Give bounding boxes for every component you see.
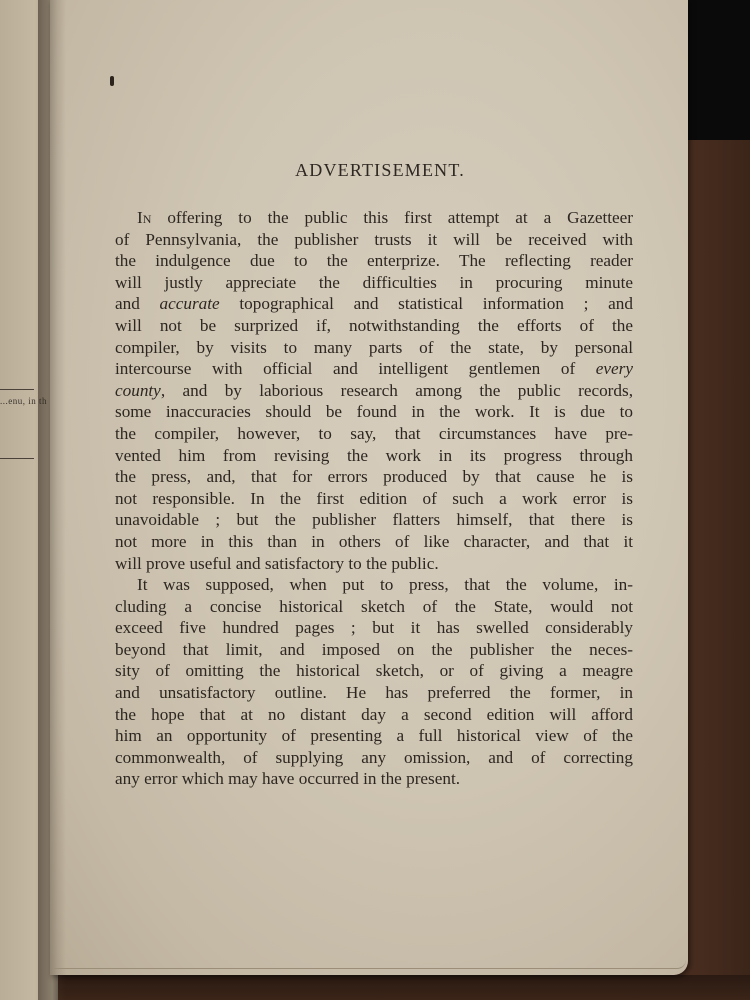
text-line: him an opportunity of presenting a full … (93, 725, 633, 747)
lead-word: In (137, 208, 151, 227)
ink-speck (110, 76, 114, 86)
text-line: will justly appreciate the difficulties … (93, 272, 633, 294)
text-line: It was supposed, when put to press, that… (93, 574, 633, 596)
text-line: will prove useful and satisfactory to th… (93, 553, 633, 575)
text-line: sity of omitting the historical sketch, … (93, 660, 633, 682)
text-line: In offering to the public this first att… (93, 207, 633, 229)
advertisement-body: In offering to the public this first att… (93, 207, 633, 790)
text-line: not more in this than in others of like … (93, 531, 633, 553)
facing-page-rule (0, 458, 34, 459)
text-line: will not be surprized if, notwithstandin… (93, 315, 633, 337)
italic-emphasis: county (115, 381, 161, 400)
text-line: the hope that at no distant day a second… (93, 704, 633, 726)
italic-emphasis: every (596, 359, 633, 378)
text-line: unavoidable ; but the publisher flatters… (93, 509, 633, 531)
text-line: commonwealth, of supplying any omission,… (93, 747, 633, 769)
page-heading: ADVERTISEMENT. (0, 160, 750, 181)
text-line: beyond that limit, and imposed on the pu… (93, 639, 633, 661)
wooden-shelf-base (0, 975, 750, 1000)
paragraph-2: It was supposed, when put to press, that… (93, 574, 633, 790)
text-line: exceed five hundred pages ; but it has s… (93, 617, 633, 639)
text-line: vented him from revising the work in its… (93, 445, 633, 467)
text-line: cluding a concise historical sketch of t… (93, 596, 633, 618)
text-line: county, and by laborious research among … (93, 380, 633, 402)
paragraph-1: In offering to the public this first att… (93, 207, 633, 574)
text-line: intercourse with official and intelligen… (93, 358, 633, 380)
italic-emphasis: accurate (160, 294, 220, 313)
text-line: and unsatisfactory outline. He has prefe… (93, 682, 633, 704)
text-line: the press, and, that for errors produced… (93, 466, 633, 488)
text-line: and accurate topographical and statistic… (93, 293, 633, 315)
text-line: of Pennsylvania, the publisher trusts it… (93, 229, 633, 251)
text-line: compiler, by visits to many parts of the… (93, 337, 633, 359)
facing-page-rule (0, 389, 34, 390)
text-line: some inaccuracies should be found in the… (93, 401, 633, 423)
text-line: the indulgence due to the enterprize. Th… (93, 250, 633, 272)
text-line: the compiler, however, to say, that circ… (93, 423, 633, 445)
text-line: any error which may have occurred in the… (93, 768, 633, 790)
text-line: not responsible. In the first edition of… (93, 488, 633, 510)
page-stack-edge (54, 960, 686, 969)
page-gutter-shadow (38, 0, 66, 1000)
